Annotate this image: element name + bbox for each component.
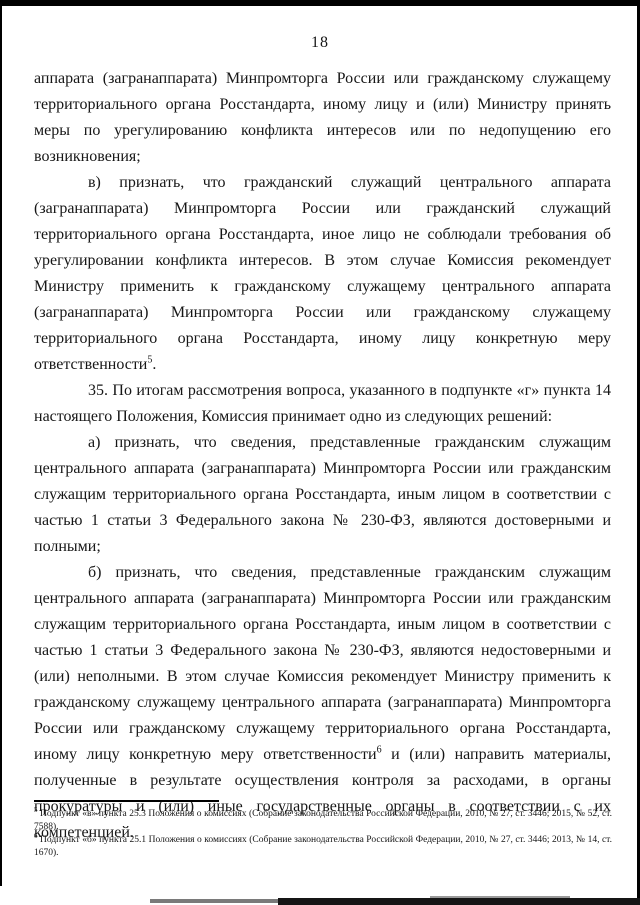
document-page: 18 аппарата (загранаппарата) Минпромторг… (0, 0, 640, 905)
footnote-text: Подпункт «б» пункта 25.1 Положения о ком… (34, 835, 612, 858)
paragraph-item-v: в) признать, что гражданский служащий це… (34, 170, 611, 378)
scan-edge-bottom-gray (150, 899, 285, 903)
document-body: аппарата (загранаппарата) Минпромторга Р… (34, 66, 611, 846)
paragraph-text: аппарата (загранаппарата) Минпромторга Р… (34, 70, 611, 165)
paragraph-text: 35. По итогам рассмотрения вопроса, указ… (34, 382, 611, 425)
paragraph-text: в) признать, что гражданский служащий це… (34, 174, 611, 373)
footnote-separator (34, 800, 219, 802)
paragraph-tail: . (152, 356, 156, 373)
footnote-text: Подпункт «в» пункта 25.3 Положения о ком… (34, 809, 612, 832)
footnotes-section: 5 Подпункт «в» пункта 25.3 Положения о к… (34, 800, 612, 860)
footnote-6: 6 Подпункт «б» пункта 25.1 Положения о к… (34, 834, 612, 860)
footnote-5: 5 Подпункт «в» пункта 25.3 Положения о к… (34, 808, 612, 834)
scan-edge-bottom-black (278, 898, 640, 905)
paragraph-continuation: аппарата (загранаппарата) Минпромторга Р… (34, 66, 611, 170)
scan-edge-left (0, 0, 2, 886)
paragraph-item-a: а) признать, что сведения, представленны… (34, 430, 611, 560)
scan-edge-top (0, 0, 640, 6)
paragraph-text: а) признать, что сведения, представленны… (34, 434, 611, 555)
paragraph-text: б) признать, что сведения, представленны… (34, 564, 611, 763)
page-number: 18 (0, 34, 640, 52)
paragraph-clause-35: 35. По итогам рассмотрения вопроса, указ… (34, 378, 611, 430)
